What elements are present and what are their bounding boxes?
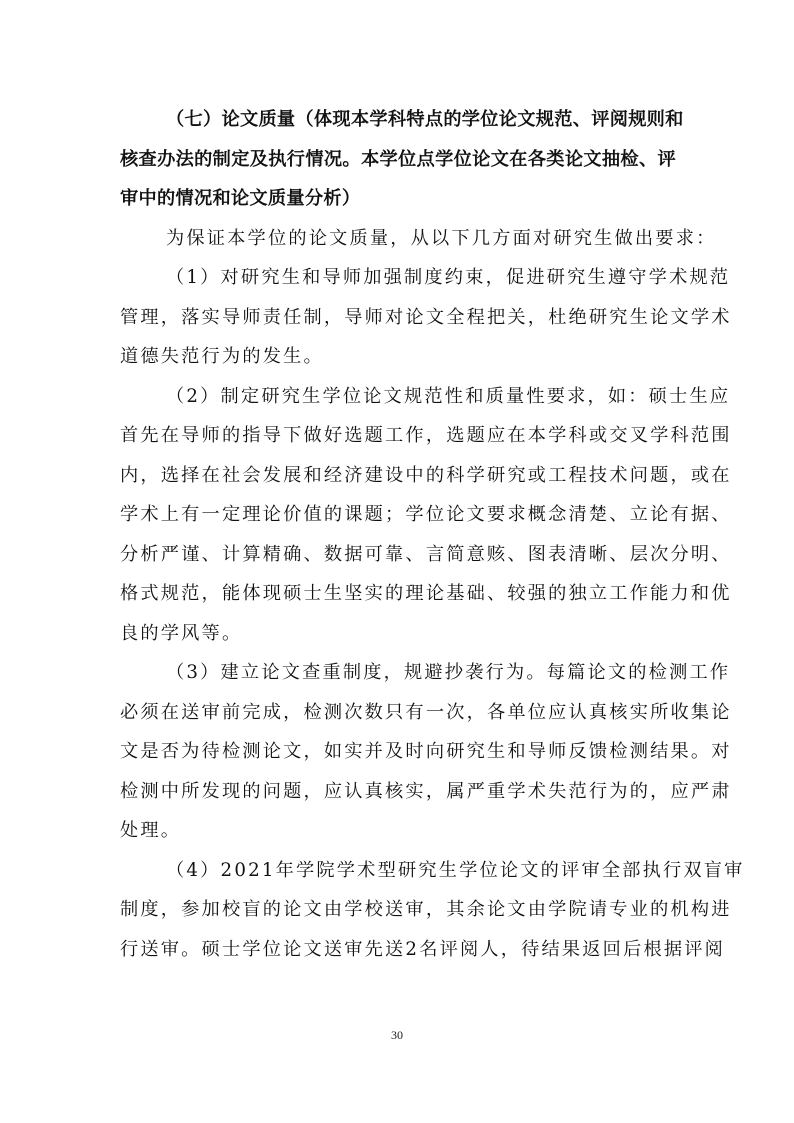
- section-heading: （七）论文质量（体现本学科特点的学位论文规范、评阅规则和 核查办法的制定及执行情…: [120, 100, 676, 219]
- body-text: 为保证本学位的论文质量，从以下几方面对研究生做出要求： （1）对研究生和导师加强…: [120, 219, 676, 970]
- paragraph-line: （3）建立论文查重制度，规避抄袭行为。每篇论文的检测工作: [120, 653, 676, 693]
- document-page: （七）论文质量（体现本学科特点的学位论文规范、评阅规则和 核查办法的制定及执行情…: [0, 0, 794, 1123]
- intro-paragraph: 为保证本学位的论文质量，从以下几方面对研究生做出要求：: [120, 219, 676, 259]
- paragraph-line: 良的学风等。: [120, 614, 676, 654]
- requirement-item-1: （1）对研究生和导师加强制度约束，促进研究生遵守学术规范 管理，落实导师责任制，…: [120, 258, 676, 377]
- paragraph-line: 处理。: [120, 811, 676, 851]
- page-number: 30: [0, 1028, 794, 1043]
- requirement-item-4: （4）2021年学院学术型研究生学位论文的评审全部执行双盲审 制度，参加校盲的论…: [120, 851, 676, 970]
- paragraph-line: 道德失范行为的发生。: [120, 337, 676, 377]
- heading-line: 审中的情况和论文质量分析）: [120, 179, 676, 219]
- paragraph-line: （2）制定研究生学位论文规范性和质量性要求，如：硕士生应: [120, 377, 676, 417]
- paragraph-line: 管理，落实导师责任制，导师对论文全程把关，杜绝研究生论文学术: [120, 298, 676, 338]
- paragraph-line: 学术上有一定理论价值的课题；学位论文要求概念清楚、立论有据、: [120, 495, 676, 535]
- paragraph-line: 文是否为待检测论文，如实并及时向研究生和导师反馈检测结果。对: [120, 732, 676, 772]
- paragraph-line: 制度，参加校盲的论文由学校送审，其余论文由学院请专业的机构进: [120, 890, 676, 930]
- paragraph-line: 内，选择在社会发展和经济建设中的科学研究或工程技术问题，或在: [120, 456, 676, 496]
- heading-line: （七）论文质量（体现本学科特点的学位论文规范、评阅规则和: [120, 100, 676, 140]
- requirement-item-3: （3）建立论文查重制度，规避抄袭行为。每篇论文的检测工作 必须在送审前完成，检测…: [120, 653, 676, 851]
- paragraph-line: 为保证本学位的论文质量，从以下几方面对研究生做出要求：: [120, 219, 676, 259]
- paragraph-line: 行送审。硕士学位论文送审先送2名评阅人，待结果返回后根据评阅: [120, 930, 676, 970]
- paragraph-line: （1）对研究生和导师加强制度约束，促进研究生遵守学术规范: [120, 258, 676, 298]
- paragraph-line: 格式规范，能体现硕士生坚实的理论基础、较强的独立工作能力和优: [120, 574, 676, 614]
- requirement-item-2: （2）制定研究生学位论文规范性和质量性要求，如：硕士生应 首先在导师的指导下做好…: [120, 377, 676, 654]
- paragraph-line: 分析严谨、计算精确、数据可靠、言简意赅、图表清晰、层次分明、: [120, 535, 676, 575]
- paragraph-line: 检测中所发现的问题，应认真核实，属严重学术失范行为的，应严肃: [120, 772, 676, 812]
- page-content: （七）论文质量（体现本学科特点的学位论文规范、评阅规则和 核查办法的制定及执行情…: [120, 100, 676, 969]
- paragraph-line: 必须在送审前完成，检测次数只有一次，各单位应认真核实所收集论: [120, 693, 676, 733]
- paragraph-line: （4）2021年学院学术型研究生学位论文的评审全部执行双盲审: [120, 851, 676, 891]
- paragraph-line: 首先在导师的指导下做好选题工作，选题应在本学科或交叉学科范围: [120, 416, 676, 456]
- heading-line: 核查办法的制定及执行情况。本学位点学位论文在各类论文抽检、评: [120, 140, 676, 180]
